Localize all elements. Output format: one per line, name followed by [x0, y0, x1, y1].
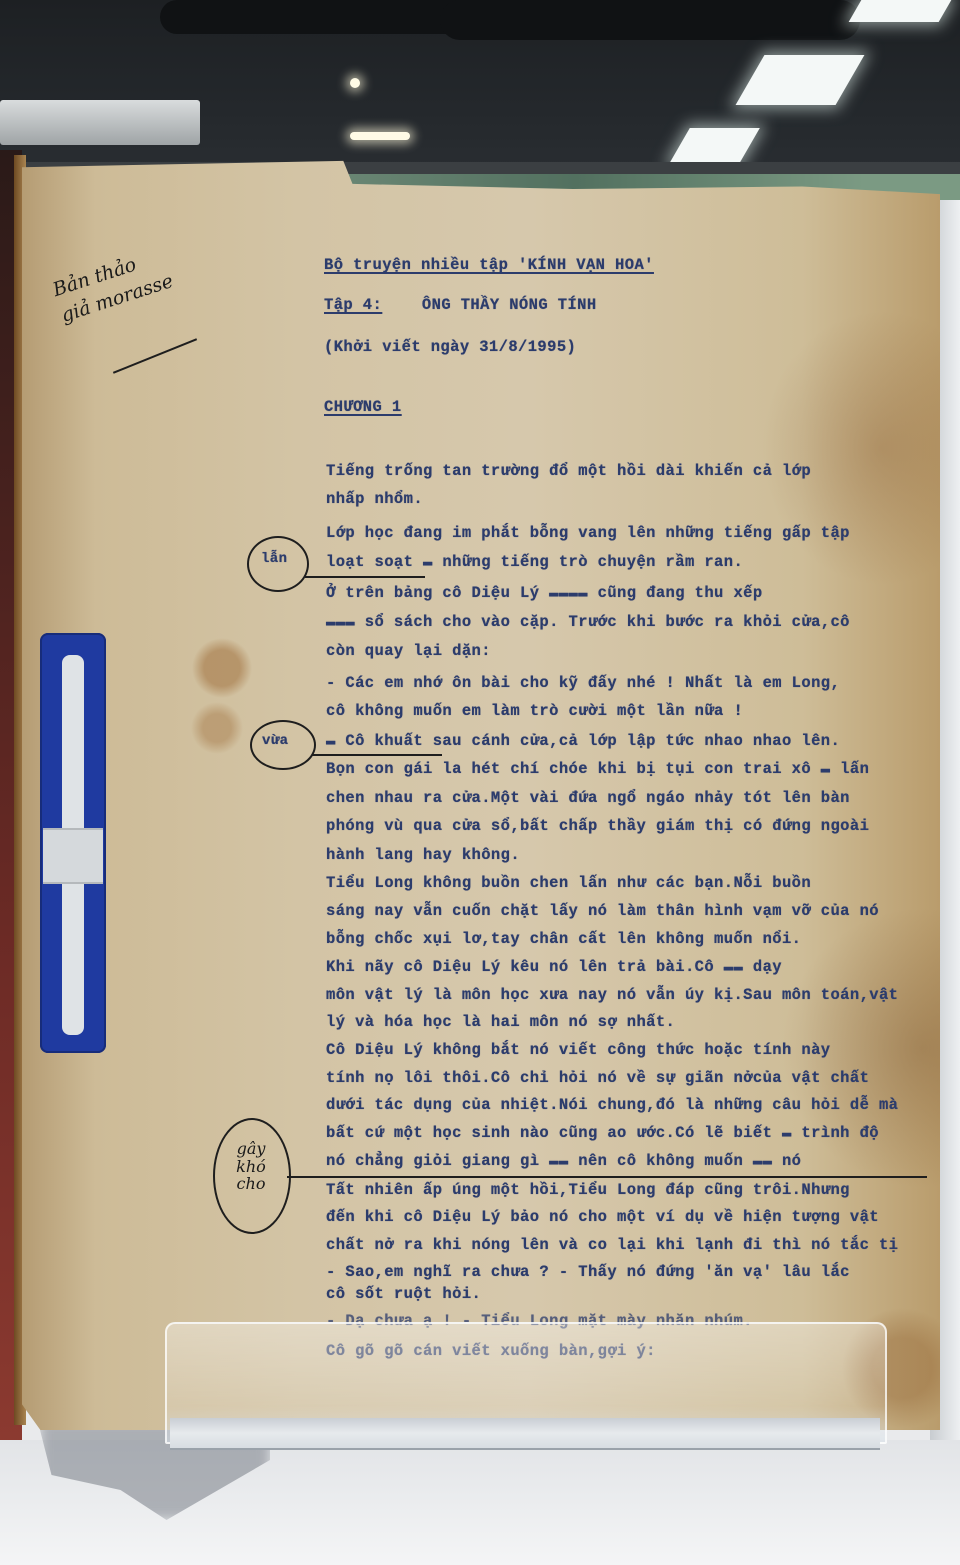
ceiling-light-panel	[670, 128, 760, 162]
body-line: Ở trên bảng cô Diệu Lý ▬▬▬▬ cũng đang th…	[326, 584, 763, 602]
ceiling-light-panel	[736, 55, 865, 105]
ceiling-light-panel	[849, 0, 952, 22]
ceiling-lamp	[350, 132, 410, 140]
body-line: loạt soạt ▬ những tiếng trò chuyện rầm r…	[326, 553, 743, 571]
body-line: phóng vù qua cửa sổ,bất chấp thầy giám t…	[326, 817, 869, 835]
body-line: đến khi cô Diệu Lý bảo nó cho một ví dụ …	[326, 1208, 879, 1226]
body-line: ▬▬▬ sổ sách cho vào cặp. Trước khi bước …	[326, 613, 850, 631]
margin-correction: lẫn	[261, 551, 287, 567]
body-line: Khi nãy cô Diệu Lý kêu nó lên trả bài.Cô…	[326, 958, 782, 976]
pen-connector	[305, 576, 425, 578]
body-line: - Sao,em nghĩ ra chưa ? - Thấy nó đứng '…	[326, 1263, 850, 1281]
start-date: (Khởi viết ngày 31/8/1995)	[324, 338, 576, 356]
body-line: còn quay lại dặn:	[326, 642, 491, 660]
volume-heading: Tập 4: ÔNG THẦY NÓNG TÍNH	[324, 296, 597, 314]
body-line: Tất nhiên ấp úng một hồi,Tiểu Long đáp c…	[326, 1181, 850, 1199]
binder-clip	[40, 633, 106, 1053]
body-line: hành lang hay không.	[326, 846, 520, 864]
body-line: chen nhau ra cửa.Một vài đứa ngổ ngáo nh…	[326, 789, 850, 807]
body-line: Lớp học đang im phắt bỗng vang lên những…	[326, 524, 850, 542]
body-line: Tiếng trống tan trường đổ một hồi dài kh…	[326, 462, 811, 480]
binder-clasp	[43, 828, 103, 884]
body-line: lý và hóa học là hai môn nó sợ nhất.	[326, 1013, 675, 1031]
handwritten-note-margin: gây khó cho	[226, 1140, 276, 1193]
body-line: bỗng chốc xụi lơ,tay chân cất lên không …	[326, 930, 801, 948]
body-line: - Các em nhớ ôn bài cho kỹ đấy nhé ! Nhấ…	[326, 674, 840, 692]
body-line: môn vật lý là môn học xưa nay nó vẫn úy …	[326, 986, 898, 1004]
ceiling-lamp	[350, 78, 360, 88]
body-line: dưới tác dụng của nhiệt.Nói chung,đó là …	[326, 1096, 898, 1114]
body-line: nó chẳng giỏi giang gì ▬▬ nên cô không m…	[326, 1152, 801, 1170]
body-line: Cô Diệu Lý không bắt nó viết công thức h…	[326, 1041, 830, 1059]
margin-correction: vừa	[262, 733, 288, 749]
body-line: bất cứ một học sinh nào cũng ao ước.Có l…	[326, 1124, 879, 1142]
body-line: sáng nay vẫn cuốn chặt lấy nó làm thân h…	[326, 902, 879, 920]
series-title: Bộ truyện nhiều tập 'KÍNH VẠN HOA'	[324, 256, 654, 274]
volume-title: ÔNG THẦY NÓNG TÍNH	[422, 296, 597, 314]
air-conditioner-unit	[0, 100, 200, 145]
acrylic-stand-base	[170, 1418, 880, 1450]
body-line: Bọn con gái la hét chí chóe khi bị tụi c…	[326, 760, 869, 778]
body-line: ▬ Cô khuất sau cánh cửa,cả lớp lập tức n…	[326, 732, 840, 750]
body-line: tính nọ lôi thôi.Cô chỉ hỏi nó về sự giã…	[326, 1069, 869, 1087]
volume-label: Tập 4:	[324, 296, 382, 314]
body-line: cô không muốn em làm trò cười một lần nữ…	[326, 702, 743, 720]
chapter-heading: CHƯƠNG 1	[324, 398, 402, 416]
body-line: nhấp nhổm.	[326, 490, 423, 508]
pen-connector	[312, 754, 442, 756]
body-line: cô sốt ruột hỏi.	[326, 1285, 481, 1303]
body-line: chất nở ra khi nóng lên và co lại khi lạ…	[326, 1236, 898, 1254]
ceiling-duct	[440, 0, 860, 40]
body-line: Tiểu Long không buồn chen lấn như các bạ…	[326, 874, 811, 892]
pen-connector	[287, 1176, 927, 1178]
